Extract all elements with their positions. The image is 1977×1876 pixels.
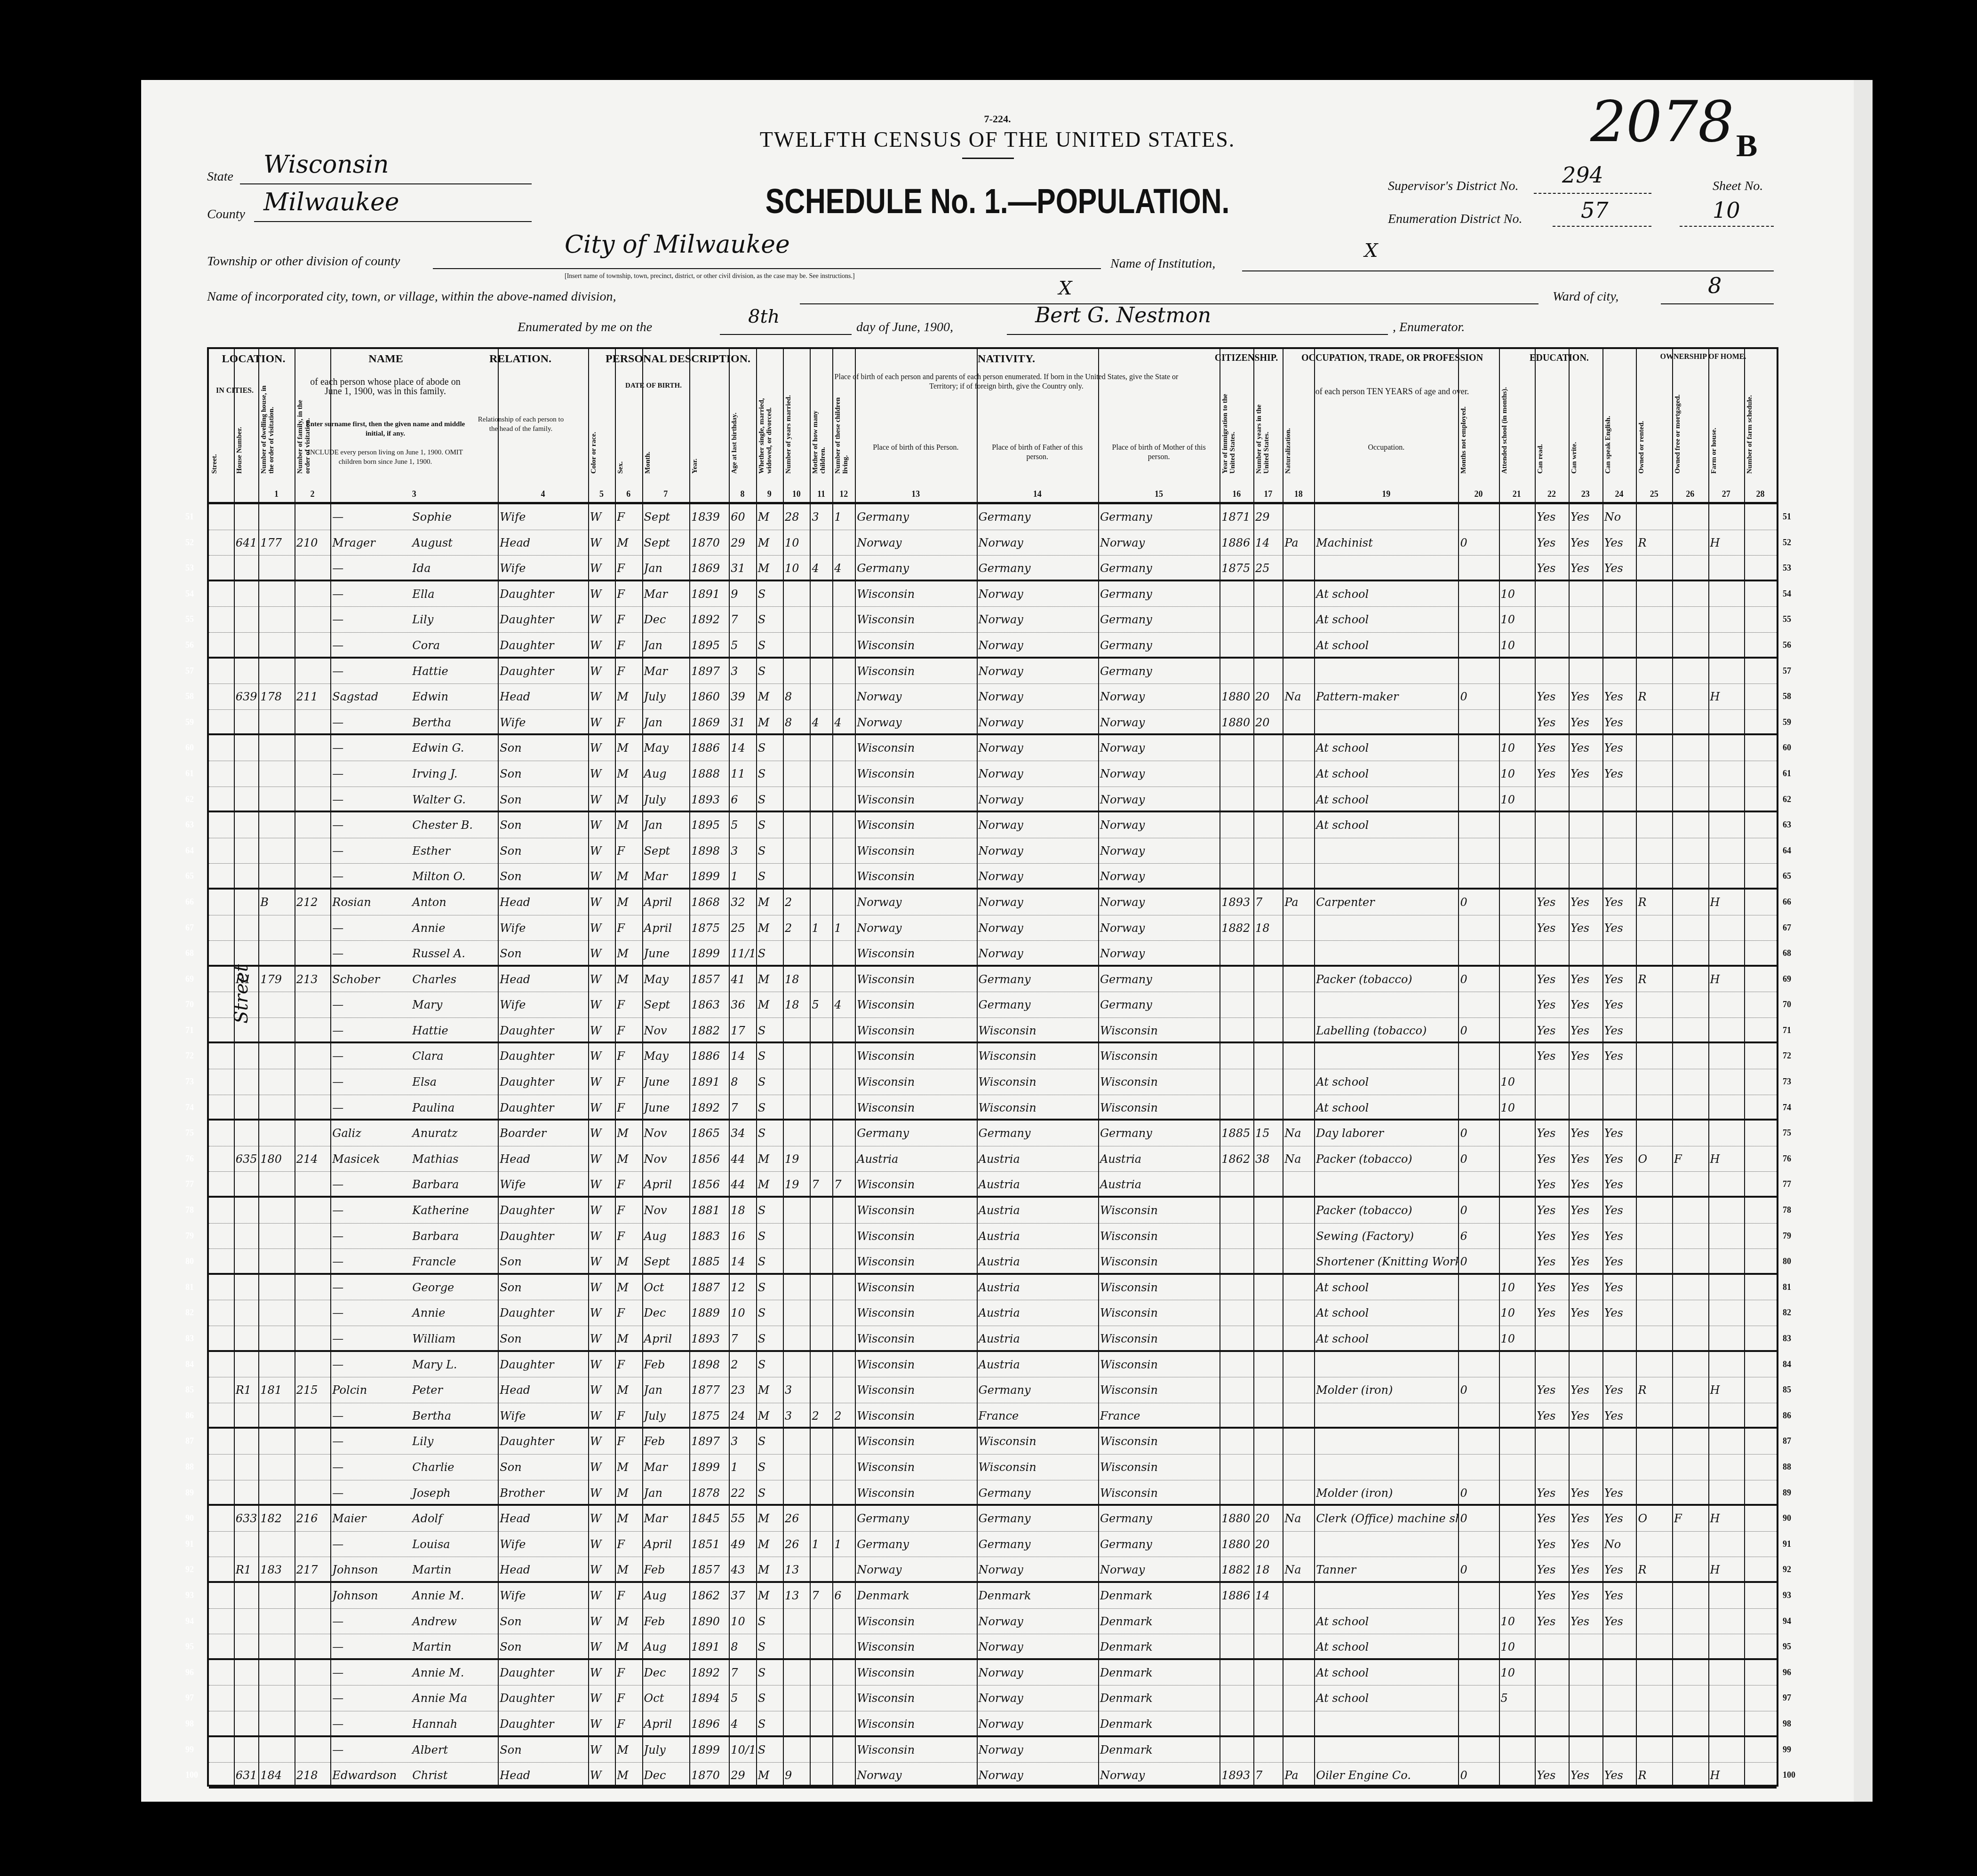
line-number: 95 (1783, 1642, 1791, 1652)
cell-age: 16 (729, 1224, 756, 1249)
cell-occ (1314, 1583, 1458, 1608)
cell-dwell (258, 1609, 295, 1634)
cell-dwell (258, 556, 295, 580)
cell-rel: Daughter (498, 1429, 588, 1454)
street-annotation: Street (231, 964, 252, 1024)
cell-me (1458, 556, 1499, 580)
cell-name: —George (330, 1275, 498, 1300)
cell-month: June (642, 1069, 689, 1095)
cell-dwell (258, 1172, 295, 1196)
cell-fam (295, 1403, 331, 1427)
cell-cl (832, 1146, 855, 1172)
group-ownership: OWNERSHIP OF HOME. (1630, 353, 1777, 361)
cell-nat (1283, 1275, 1314, 1300)
cell-me (1458, 1583, 1499, 1608)
cell-write: Yes (1569, 761, 1602, 787)
cell-pob: Wisconsin (855, 864, 976, 888)
cell-race: W (588, 1095, 615, 1119)
cell-fh (1708, 735, 1745, 761)
cell-pob: Wisconsin (855, 1172, 976, 1196)
cell-occ: At school (1314, 1300, 1458, 1326)
surname: — (332, 787, 412, 811)
cell-own (1636, 992, 1672, 1017)
cell-occ: Carpenter (1314, 890, 1458, 915)
line-number-left: 51 (185, 512, 194, 522)
given-name: Annie M. (412, 1666, 464, 1679)
cell-sch: 10 (1499, 1660, 1535, 1685)
cell-own: R (1636, 1557, 1672, 1581)
cell-name: —Russel A. (330, 941, 498, 965)
census-sheet: 7-224. TWELFTH CENSUS OF THE UNITED STAT… (141, 80, 1854, 1802)
cell-age: 3 (729, 838, 756, 864)
cell-age: 11 (729, 761, 756, 787)
given-name: Katherine (412, 1204, 469, 1217)
column-divider (1708, 349, 1709, 1785)
cell-me: 0 (1458, 530, 1499, 556)
cell-ms: S (756, 1326, 783, 1350)
column-label: Month. (644, 384, 687, 474)
cell-cl: 6 (832, 1583, 855, 1608)
cell-fam (295, 1634, 331, 1658)
cell-me (1458, 1737, 1499, 1763)
cell-pob: Wisconsin (855, 1685, 976, 1711)
cell-read (1535, 1634, 1569, 1658)
cell-dwell (258, 607, 295, 632)
cell-pob: Wisconsin (855, 735, 976, 761)
line-number-left: 76 (185, 1154, 194, 1164)
cell-fam: 215 (295, 1377, 331, 1403)
cell-pob: Wisconsin (855, 1711, 976, 1735)
cell-mc (810, 1711, 832, 1735)
cell-sch (1499, 1018, 1535, 1042)
cell-ms: S (756, 864, 783, 888)
cell-house: 639 (234, 684, 259, 709)
cell-mort (1672, 1275, 1708, 1300)
cell-mort (1672, 967, 1708, 992)
cell-age: 14 (729, 735, 756, 761)
cell-sch (1499, 1146, 1535, 1172)
cell-fam (295, 1711, 331, 1735)
cell-mc (810, 838, 832, 864)
cell-mort (1672, 1095, 1708, 1119)
cell-sch: 10 (1499, 1275, 1535, 1300)
table-row: —GeorgeSonWMOct188712SWisconsinAustriaWi… (209, 1275, 1777, 1301)
column-number: 3 (330, 489, 498, 499)
cell-imm (1220, 607, 1253, 632)
column-number: 1 (258, 489, 295, 499)
cell-cl (832, 1249, 855, 1273)
cell-house: R1 (234, 1557, 259, 1581)
cell-sch (1499, 1121, 1535, 1146)
cell-rel: Boarder (498, 1121, 588, 1146)
cell-imm: 1880 (1220, 1532, 1253, 1557)
cell-yrs (1253, 1326, 1283, 1350)
cell-fh: H (1708, 1557, 1745, 1581)
cell-imm (1220, 1198, 1253, 1223)
cell-imm: 1893 (1220, 1763, 1253, 1787)
cell-race: W (588, 941, 615, 965)
cell-fpob: Denmark (977, 1583, 1098, 1608)
cell-house: 631 R1 (234, 1763, 259, 1787)
cell-eng (1602, 838, 1636, 864)
cell-yrs: 20 (1253, 684, 1283, 709)
line-number: 85 (1783, 1385, 1791, 1395)
cell-mc (810, 1455, 832, 1480)
cell-race: W (588, 1480, 615, 1504)
cell-rel: Son (498, 1455, 588, 1480)
line-number-left: 85 (185, 1385, 194, 1395)
cell-fh (1708, 607, 1745, 632)
cell-nat (1283, 633, 1314, 657)
cell-imm (1220, 1711, 1253, 1735)
cell-mpob: Norway (1098, 1557, 1220, 1581)
cell-house: 641 (234, 530, 259, 556)
cell-read: Yes (1535, 915, 1569, 941)
column-number: 28 (1744, 489, 1777, 499)
cell-rel: Daughter (498, 1095, 588, 1119)
surname: — (332, 915, 412, 941)
line-number-left: 100 (185, 1770, 198, 1780)
cell-rel: Head (498, 684, 588, 709)
given-name: Bertha (412, 716, 451, 729)
cell-read (1535, 1660, 1569, 1685)
cell-ms: S (756, 1352, 783, 1377)
cell-pob: Wisconsin (855, 761, 976, 787)
cell-sch (1499, 1532, 1535, 1557)
cell-pob: Wisconsin (855, 1275, 976, 1300)
surname: — (332, 1711, 412, 1735)
line-number: 68 (1783, 948, 1791, 958)
line-number: 86 (1783, 1411, 1791, 1421)
cell-ms: S (756, 761, 783, 787)
cell-house (234, 1172, 259, 1196)
cell-fpob: Austria (977, 1352, 1098, 1377)
line-number: 88 (1783, 1462, 1791, 1472)
cell-fh (1708, 1737, 1745, 1763)
cell-ym (783, 1121, 810, 1146)
supervisor-district-value: 294 (1562, 162, 1603, 188)
cell-occ: Molder (iron) (1314, 1480, 1458, 1504)
cell-fpob: Norway (977, 1660, 1098, 1685)
cell-me (1458, 710, 1499, 734)
cell-me: 0 (1458, 1557, 1499, 1581)
table-row: —JosephBrotherWMJan187822SWisconsinGerma… (209, 1480, 1777, 1506)
cell-nat (1283, 1224, 1314, 1249)
table-row: GalizAnuratzBoarderWMNov186534SGermanyGe… (209, 1121, 1777, 1146)
cell-year: 1899 (689, 941, 729, 965)
cell-fpob: Germany (977, 556, 1098, 580)
cell-name: —Hattie (330, 1018, 498, 1042)
cell-nat (1283, 941, 1314, 965)
cell-rel: Wife (498, 556, 588, 580)
cell-sex: F (615, 1043, 642, 1069)
cell-nat (1283, 1634, 1314, 1658)
cell-fpob: Norway (977, 812, 1098, 838)
cell-sch (1499, 530, 1535, 556)
cell-yrs (1253, 1480, 1283, 1504)
enumerated-day-line (720, 334, 852, 335)
surname: — (332, 556, 412, 580)
cell-name: —Hannah (330, 1711, 498, 1735)
cell-house (234, 838, 259, 864)
column-label: Whether single, married, widowed, or div… (758, 384, 781, 474)
cell-sex: M (615, 967, 642, 992)
surname: — (332, 1685, 412, 1711)
table-row: —AlbertSonWMJuly189910/12SWisconsinNorwa… (209, 1737, 1777, 1763)
cell-pob: Wisconsin (855, 1018, 976, 1042)
cell-imm (1220, 1069, 1253, 1095)
cell-fam (295, 992, 331, 1017)
cell-own: R (1636, 530, 1672, 556)
cell-imm: 1886 (1220, 530, 1253, 556)
enumerated-label: Enumerated by me on the (518, 320, 652, 335)
cell-nat (1283, 1583, 1314, 1608)
cell-fh (1708, 1300, 1745, 1326)
cell-write (1569, 1634, 1602, 1658)
given-name: Martin (412, 1563, 451, 1576)
cell-age: 23 (729, 1377, 756, 1403)
cell-read (1535, 812, 1569, 838)
cell-ym: 26 (783, 1506, 810, 1531)
cell-yrs: 38 (1253, 1146, 1283, 1172)
cell-imm (1220, 812, 1253, 838)
cell-eng (1602, 1352, 1636, 1377)
cell-occ: Packer (tobacco) (1314, 967, 1458, 992)
column-divider (1253, 349, 1254, 1785)
cell-cl (832, 890, 855, 915)
cell-me: 0 (1458, 1480, 1499, 1504)
cell-sex: M (615, 530, 642, 556)
cell-write (1569, 787, 1602, 811)
cell-age: 5 (729, 1685, 756, 1711)
cell-eng (1602, 1455, 1636, 1480)
cell-mc: 4 (810, 710, 832, 734)
cell-mc (810, 1198, 832, 1223)
table-row: —AnnieDaughterWFDec188910SWisconsinAustr… (209, 1300, 1777, 1326)
cell-sch (1499, 1403, 1535, 1427)
cell-ms: M (756, 967, 783, 992)
surname: — (332, 1275, 412, 1300)
cell-mc: 2 (810, 1403, 832, 1427)
line-number-left: 69 (185, 974, 194, 984)
cell-ym: 2 (783, 915, 810, 941)
cell-dwell (258, 812, 295, 838)
cell-ms: S (756, 633, 783, 657)
cell-nat (1283, 581, 1314, 607)
cell-month: Sept (642, 992, 689, 1017)
cell-nat: Na (1283, 1121, 1314, 1146)
cell-mc (810, 633, 832, 657)
cell-rel: Wife (498, 710, 588, 734)
cell-mpob: Denmark (1098, 1711, 1220, 1735)
line-number-left: 81 (185, 1282, 194, 1292)
column-number: 24 (1602, 489, 1636, 499)
cell-race: W (588, 684, 615, 709)
cell-mpob: Germany (1098, 556, 1220, 580)
cell-mort (1672, 812, 1708, 838)
cell-name: —Ida (330, 556, 498, 580)
cell-ms: S (756, 1711, 783, 1735)
cell-dwell (258, 838, 295, 864)
cell-mpob: Denmark (1098, 1609, 1220, 1634)
cell-own (1636, 1069, 1672, 1095)
cell-write (1569, 1352, 1602, 1377)
cell-write: Yes (1569, 1275, 1602, 1300)
cell-dwell: 179 (258, 967, 295, 992)
column-label: Number of years in the United States. (1255, 384, 1281, 474)
cell-race: W (588, 633, 615, 657)
cell-race: W (588, 838, 615, 864)
cell-name: —Charlie (330, 1455, 498, 1480)
cell-cl (832, 967, 855, 992)
table-row: R1181215PolcinPeterHeadWMJan187723M3Wisc… (209, 1377, 1777, 1403)
cell-eng: Yes (1602, 761, 1636, 787)
cell-fh (1708, 1043, 1745, 1069)
cell-race: W (588, 1275, 615, 1300)
cell-ms: S (756, 1480, 783, 1504)
cell-own (1636, 1583, 1672, 1608)
cell-pob: Wisconsin (855, 1069, 976, 1095)
cell-fam: 210 (295, 530, 331, 556)
cell-eng (1602, 1685, 1636, 1711)
cell-mort (1672, 1711, 1708, 1735)
cell-imm: 1880 (1220, 710, 1253, 734)
cell-imm: 1882 (1220, 1557, 1253, 1581)
cell-ms: M (756, 890, 783, 915)
cell-race: W (588, 1634, 615, 1658)
cell-fh (1708, 1121, 1745, 1146)
group-occupation: OCCUPATION, TRADE, OR PROFESSION (1296, 353, 1489, 364)
cell-year: 1857 (689, 1557, 729, 1581)
cell-dwell: 183 (258, 1557, 295, 1581)
cell-occ (1314, 556, 1458, 580)
cell-mpob: Denmark (1098, 1737, 1220, 1763)
table-row: 639178211SagstadEdwinHeadWMJuly186039M8N… (209, 684, 1777, 710)
surname: Galiz (332, 1121, 412, 1146)
cell-read (1535, 659, 1569, 684)
cell-cl (832, 1609, 855, 1634)
cell-cl (832, 684, 855, 709)
cell-mort (1672, 1737, 1708, 1763)
cell-imm (1220, 1455, 1253, 1480)
line-number-left: 94 (185, 1616, 194, 1626)
cell-imm (1220, 1480, 1253, 1504)
column-label: Farm or house. (1710, 384, 1743, 474)
cell-year: 1898 (689, 838, 729, 864)
cell-ym (783, 1198, 810, 1223)
column-number: 6 (615, 489, 642, 499)
cell-ym (783, 1429, 810, 1454)
cell-own (1636, 1249, 1672, 1273)
cell-eng: No (1602, 1532, 1636, 1557)
cell-rel: Son (498, 812, 588, 838)
cell-ym (783, 1069, 810, 1095)
cell-year: 1899 (689, 1737, 729, 1763)
cell-ym (783, 1275, 810, 1300)
cell-yrs (1253, 1300, 1283, 1326)
cell-occ: Day laborer (1314, 1121, 1458, 1146)
cell-cl (832, 1300, 855, 1326)
cell-sch (1499, 812, 1535, 838)
cell-ms: S (756, 1043, 783, 1069)
cell-rel: Son (498, 941, 588, 965)
cell-nat (1283, 787, 1314, 811)
cell-yrs (1253, 864, 1283, 888)
cell-write: Yes (1569, 1172, 1602, 1196)
given-name: Annie (412, 922, 445, 935)
cell-sex: M (615, 1737, 642, 1763)
cell-write (1569, 838, 1602, 864)
cell-ym: 2 (783, 890, 810, 915)
cell-yrs (1253, 581, 1283, 607)
cell-house (234, 607, 259, 632)
cell-ms: S (756, 1095, 783, 1119)
cell-yrs: 20 (1253, 1506, 1283, 1531)
cell-sch (1499, 1224, 1535, 1249)
occupation-note: of each person TEN YEARS of age and over… (1300, 387, 1484, 396)
surname: — (332, 659, 412, 684)
cell-pob: Wisconsin (855, 659, 976, 684)
line-number: 74 (1783, 1103, 1791, 1113)
cell-race: W (588, 1172, 615, 1196)
cell-month: Dec (642, 607, 689, 632)
cell-mc (810, 1480, 832, 1504)
cell-fh (1708, 1069, 1745, 1095)
cell-rel: Daughter (498, 1198, 588, 1223)
table-row: —LilyDaughterWFFeb18973SWisconsinWiscons… (209, 1429, 1777, 1455)
cell-me (1458, 633, 1499, 657)
cell-read (1535, 1352, 1569, 1377)
cell-write: Yes (1569, 1146, 1602, 1172)
line-number: 99 (1783, 1745, 1791, 1755)
cell-pob: Germany (855, 1121, 976, 1146)
cell-read (1535, 787, 1569, 811)
cell-fam: 217 (295, 1557, 331, 1581)
cell-month: Jan (642, 633, 689, 657)
given-name: Bertha (412, 1409, 451, 1423)
cell-occ: Oiler Engine Co. (1314, 1763, 1458, 1787)
cell-me (1458, 1429, 1499, 1454)
cell-write (1569, 1095, 1602, 1119)
cell-ms: S (756, 1121, 783, 1146)
table-row: —Chester B.SonWMJan18955SWisconsinNorway… (209, 812, 1777, 838)
cell-rel: Wife (498, 1403, 588, 1427)
cell-imm (1220, 1737, 1253, 1763)
cell-month: Mar (642, 659, 689, 684)
cell-name: —Martin (330, 1634, 498, 1658)
cell-write (1569, 941, 1602, 965)
table-row: —WilliamSonWMApril18937SWisconsinAustria… (209, 1326, 1777, 1352)
cell-me: 0 (1458, 1763, 1499, 1787)
cell-write: Yes (1569, 1043, 1602, 1069)
cell-month: Sept (642, 530, 689, 556)
cell-month: Nov (642, 1146, 689, 1172)
cell-yrs (1253, 941, 1283, 965)
cell-mort: F (1672, 1506, 1708, 1531)
cell-own (1636, 1685, 1672, 1711)
cell-eng (1602, 812, 1636, 838)
column-number: 9 (756, 489, 783, 499)
line-number-left: 84 (185, 1359, 194, 1369)
cell-read: Yes (1535, 1403, 1569, 1427)
enumeration-district-label: Enumeration District No. (1388, 212, 1522, 227)
cell-rel: Head (498, 530, 588, 556)
cell-mort (1672, 864, 1708, 888)
cell-nat (1283, 915, 1314, 941)
cell-mort (1672, 735, 1708, 761)
cell-fpob: Norway (977, 1557, 1098, 1581)
cell-yrs (1253, 1224, 1283, 1249)
